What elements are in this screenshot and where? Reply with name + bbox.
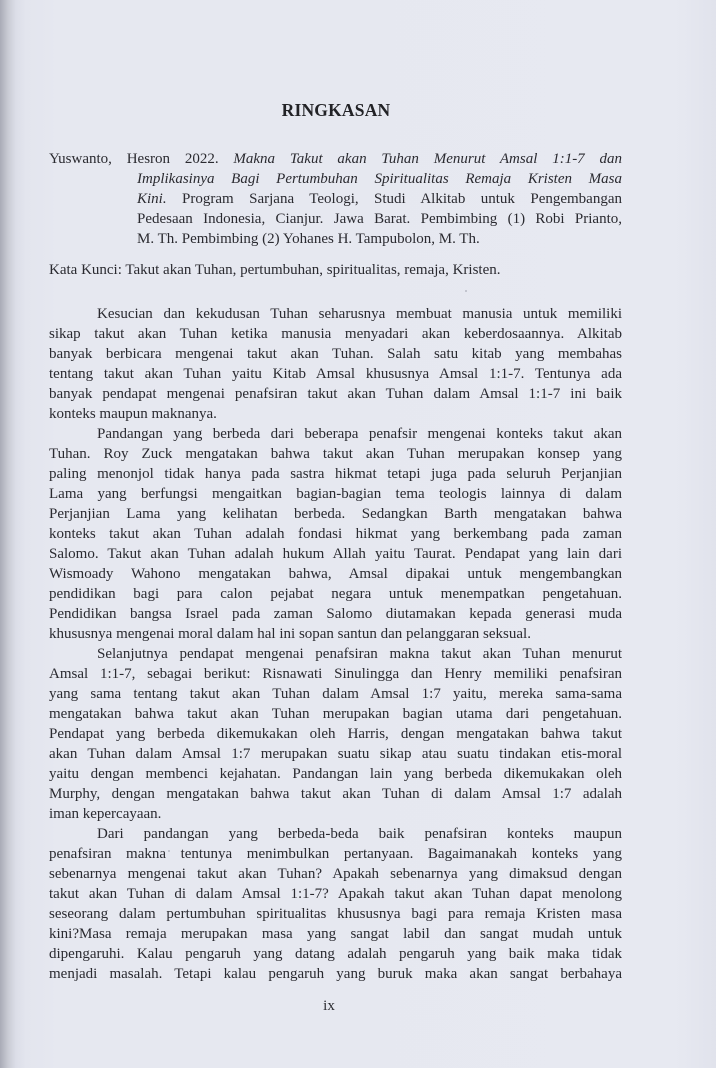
page-number: ix	[0, 998, 658, 1015]
paragraph-2-line: khususnya mengenai moral dalam hal ini s…	[49, 624, 622, 644]
paragraph-1-line: sikap takut akan Tuhan ketika manusia me…	[49, 324, 622, 344]
citation-line-5: M. Th. Pembimbing (2) Yohanes H. Tampubo…	[137, 231, 480, 247]
paragraph-3-line: Amsal 1:1-7, sebagai berikut: Risnawati …	[49, 664, 622, 684]
paragraph-3-line: Selanjutnya pendapat mengenai penafsiran…	[49, 644, 622, 664]
paragraph-4-line: takut akan Tuhan di dalam Amsal 1:1-7? A…	[49, 884, 622, 904]
citation-continuation: Implikasinya Bagi Pertumbuhan Spirituali…	[137, 169, 622, 249]
scanned-page: RINGKASAN Yuswanto, Hesron 2022. Makna T…	[0, 0, 716, 1068]
citation-line-1: Yuswanto, Hesron 2022. Makna Takut akan …	[49, 149, 622, 169]
citation-line-3: Kini. Program Sarjana Teologi, Studi Alk…	[137, 189, 622, 209]
paragraph-1-line: banyak pendapat mengenai penafsiran taku…	[49, 384, 622, 404]
paragraph-3-line: Murphy, dengan mengatakan bahwa takut ak…	[49, 784, 622, 804]
paragraph-3-line: akan Tuhan dalam Amsal 1:7 merupakan sua…	[49, 744, 622, 764]
paragraph-2-line: Lama yang berfungsi mengaitkan bagian-ba…	[49, 484, 622, 504]
page-edge-shadow	[676, 0, 716, 1068]
paragraph-1-line: Kesucian dan kekudusan Tuhan seharusnya …	[49, 304, 622, 324]
paragraph-2-line: Pendidikan bangsa Israel pada zaman Salo…	[49, 604, 622, 624]
citation-title-part-1: Makna Takut akan Tuhan Menurut Amsal 1:1…	[233, 151, 622, 167]
abstract-body: Kesucian dan kekudusan Tuhan seharusnya …	[49, 304, 622, 984]
keywords: Kata Kunci: Takut akan Tuhan, pertumbuha…	[49, 260, 622, 280]
paragraph-2-line: Wismoady Wahono mengatakan bahwa, Amsal …	[49, 564, 622, 584]
paragraph-3-line: yang sama tentang takut akan Tuhan dalam…	[49, 684, 622, 704]
paragraph-1-line: banyak berbicara mengenai takut akan Tuh…	[49, 344, 622, 364]
paragraph-2-line: konteks takut akan Tuhan adalah fondasi …	[49, 524, 622, 544]
paragraph-1-line: tentang takut akan Tuhan yaitu Kitab Ams…	[49, 364, 622, 384]
paragraph-4-line: sebenarnya mengenai takut akan Tuhan? Ap…	[49, 864, 622, 884]
paragraph-2-line: Perjanjian Lama yang kelihatan berbeda. …	[49, 504, 622, 524]
paragraph-2-line: pendidikan bagi para calon pejabat negar…	[49, 584, 622, 604]
citation-author-year: Yuswanto, Hesron 2022.	[49, 151, 233, 167]
bibliographic-citation: Yuswanto, Hesron 2022. Makna Takut akan …	[49, 149, 622, 249]
scan-speck	[168, 850, 170, 852]
paragraph-3-line: Pendapat yang berbeda dikemukakan oleh H…	[49, 724, 622, 744]
paragraph-3-line: iman kepercayaan.	[49, 804, 622, 824]
paragraph-4-line: kini?Masa remaja merupakan masa yang san…	[49, 924, 622, 944]
paragraph-4-line: seseorang dalam pertumbuhan spiritualita…	[49, 904, 622, 924]
paragraph-3-line: yaitu dengan membenci kejahatan. Pandang…	[49, 764, 622, 784]
paragraph-2-line: Salomo. Takut akan Tuhan adalah hukum Al…	[49, 544, 622, 564]
page-title: RINGKASAN	[0, 100, 672, 121]
paragraph-2-line: paling menonjol tidak hanya pada sastra …	[49, 464, 622, 484]
paragraph-4-line: penafsiran makna tentunya menimbulkan pe…	[49, 844, 622, 864]
citation-program: Program Sarjana Teologi, Studi Alkitab u…	[167, 191, 622, 207]
citation-line-2: Implikasinya Bagi Pertumbuhan Spirituali…	[137, 169, 622, 189]
paragraph-4-line: Dari pandangan yang berbeda-beda baik pe…	[49, 824, 622, 844]
scan-speck	[465, 290, 467, 292]
paragraph-3-line: mengatakan bahwa takut akan Tuhan merupa…	[49, 704, 622, 724]
citation-line-4: Pedesaan Indonesia, Cianjur. Jawa Barat.…	[137, 209, 622, 229]
paragraph-2-line: Tuhan. Roy Zuck mengatakan bahwa takut a…	[49, 444, 622, 464]
citation-title-part-2: Implikasinya Bagi Pertumbuhan Spirituali…	[137, 171, 622, 187]
paragraph-4-line: dipengaruhi. Kalau pengaruh yang datang …	[49, 944, 622, 964]
paragraph-1-line: konteks maupun maknanya.	[49, 404, 622, 424]
citation-title-part-3: Kini.	[137, 191, 167, 207]
paragraph-4-line: menjadi masalah. Tetapi kalau pengaruh y…	[49, 964, 622, 984]
paragraph-2-line: Pandangan yang berbeda dari beberapa pen…	[49, 424, 622, 444]
